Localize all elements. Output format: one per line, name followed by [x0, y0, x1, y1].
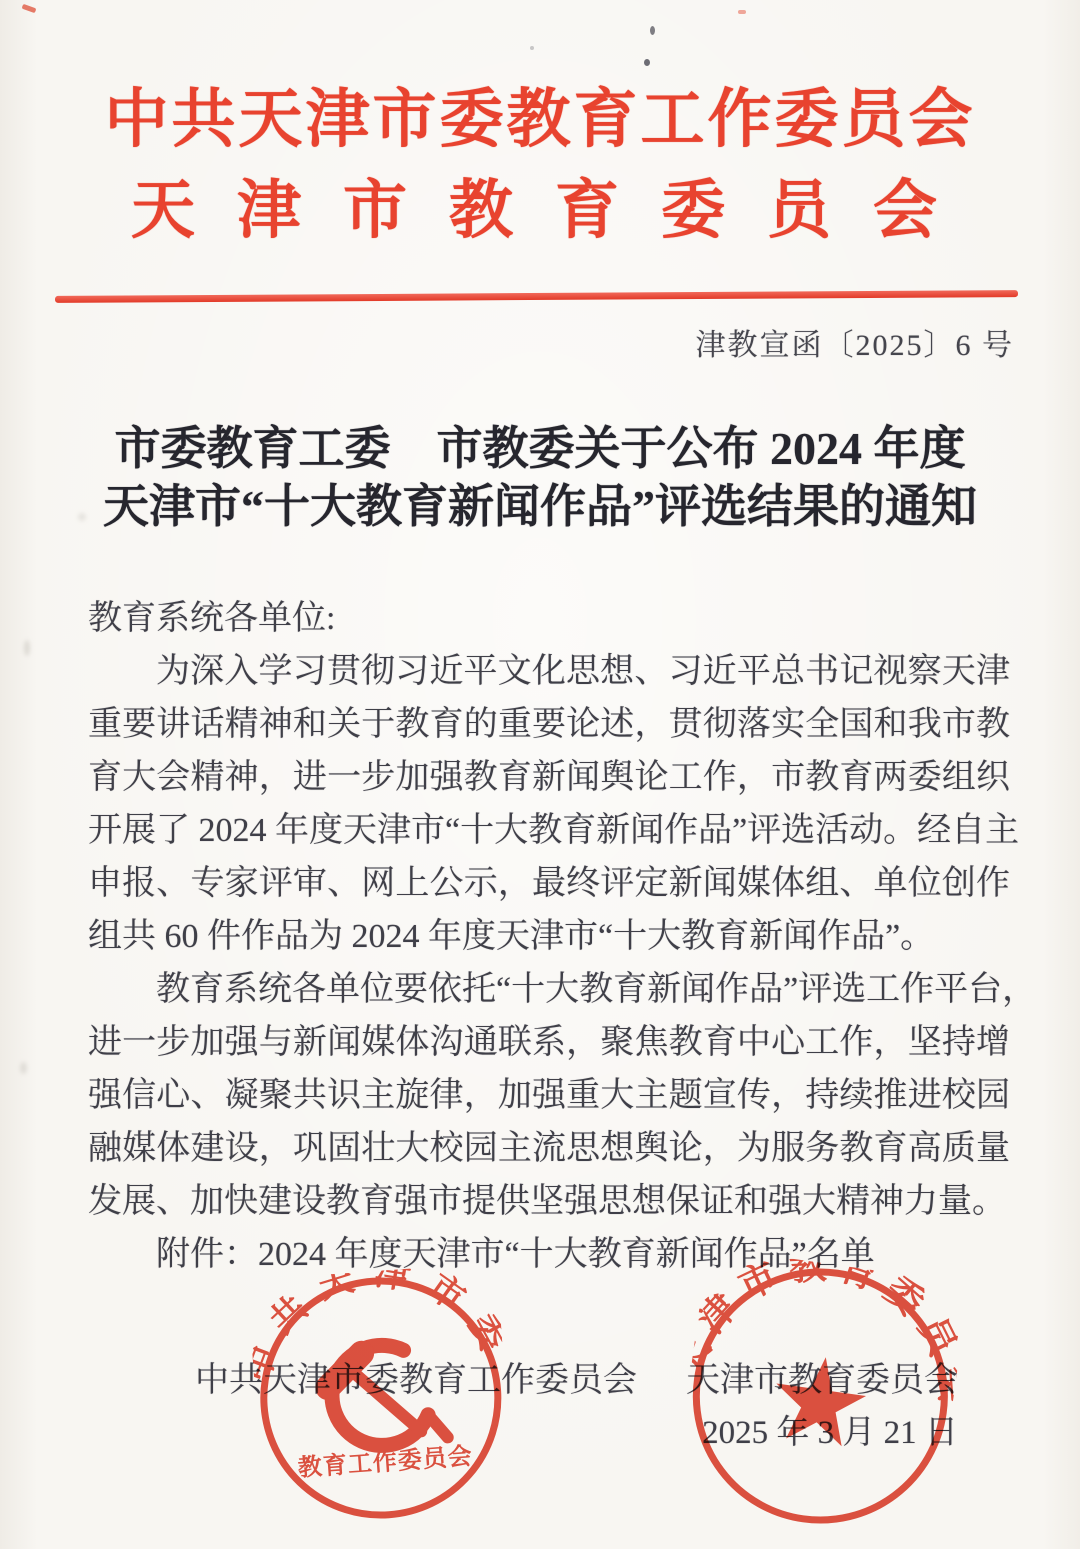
education-commission-seal-graphic: 天津市教育委员会 ★: [671, 1247, 969, 1545]
seal-arc-text: 中共天津市委: [247, 1263, 514, 1390]
para2-line: 进一步加强与新闻媒体沟通联系，聚焦教育中心工作，坚持增: [88, 1016, 1010, 1069]
scan-smudge: [78, 513, 86, 521]
para1-line: 重要讲话精神和关于教育的重要论述，贯彻落实全国和我市教: [88, 698, 1010, 751]
scan-speck: [650, 26, 655, 35]
document-number: 津教宣函〔2025〕6 号: [696, 320, 1015, 364]
para1-line: 组共 60 件作品为 2024 年度天津市“十大教育新闻作品”。: [88, 910, 1010, 963]
letterhead-org-line-1: 中共天津市委教育工作委员会: [0, 74, 1080, 166]
para1-line: 申报、专家评审、网上公示，最终评定新闻媒体组、单位创作: [88, 857, 1010, 910]
scan-speck: [22, 4, 37, 13]
letterhead-org-line-2: 天津市教育委员会: [0, 166, 1080, 256]
salutation: 教育系统各单位:: [88, 590, 335, 639]
letterhead: 中共天津市委教育工作委员会 天津市教育委员会: [0, 74, 1080, 256]
scan-speck: [644, 59, 650, 66]
para1-line: 为深入学习贯彻习近平文化思想、习近平总书记视察天津: [88, 645, 1010, 698]
body-text: 为深入学习贯彻习近平文化思想、习近平总书记视察天津 重要讲话精神和关于教育的重要…: [88, 645, 1010, 1281]
star-icon: ★: [765, 1338, 875, 1467]
para2-line: 融媒体建设，巩固壮大校园主流思想舆论，为服务教育高质量: [88, 1122, 1010, 1175]
document-page: 中共天津市委教育工作委员会 天津市教育委员会 津教宣函〔2025〕6 号 市委教…: [0, 0, 1080, 1549]
scan-smudge: [20, 1062, 27, 1074]
scan-speck: [530, 46, 534, 50]
document-title: 市委教育工委 市教委关于公布 2024 年度 天津市“十大教育新闻作品”评选结果…: [40, 420, 1040, 536]
hammer-sickle-icon: [325, 1341, 448, 1449]
scan-speck: [738, 10, 746, 14]
letterhead-divider-rule: [55, 290, 1018, 303]
para2-line: 强信心、凝聚共识主旋律，加强重大主题宣传，持续推进校园: [88, 1069, 1010, 1122]
para2-line: 教育系统各单位要依托“十大教育新闻作品”评选工作平台，: [88, 963, 1010, 1016]
para1-line: 育大会精神，进一步加强教育新闻舆论工作，市教育两委组织: [88, 751, 1010, 804]
scan-smudge: [24, 640, 30, 656]
party-committee-seal-graphic: 中共天津市委 教育工作委员会: [247, 1263, 514, 1534]
para2-line: 发展、加快建设教育强市提供坚强思想保证和强大精神力量。: [88, 1175, 1010, 1228]
party-committee-seal: 中共天津市委 教育工作委员会: [247, 1263, 514, 1539]
document-title-line-1: 市委教育工委 市教委关于公布 2024 年度: [40, 420, 1040, 478]
para1-line: 开展了 2024 年度天津市“十大教育新闻作品”评选活动。经自主: [88, 804, 1010, 857]
document-title-line-2: 天津市“十大教育新闻作品”评选结果的通知: [40, 478, 1040, 536]
education-commission-seal: 天津市教育委员会 ★: [671, 1247, 970, 1549]
